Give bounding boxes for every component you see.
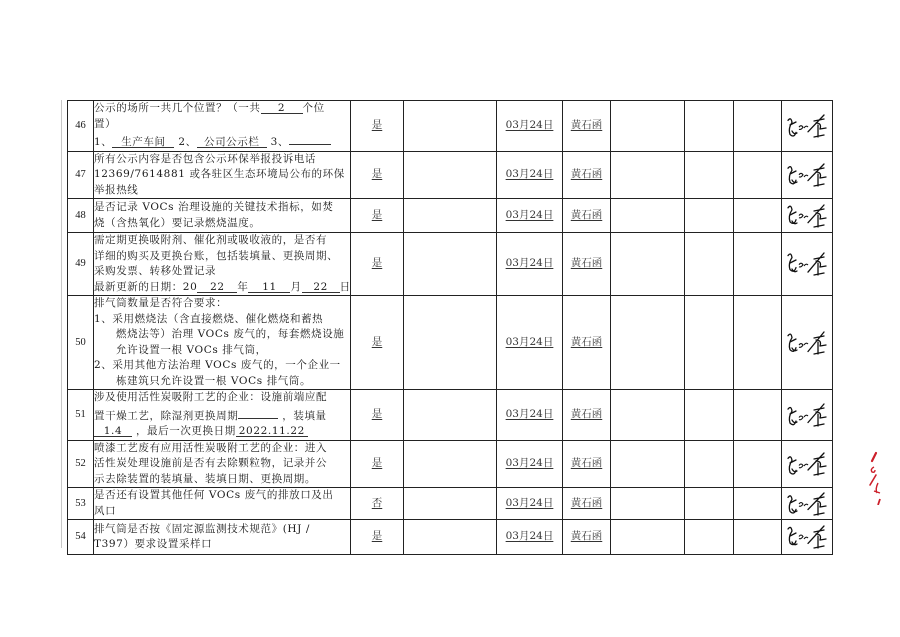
inspector-name: 黄石函: [571, 497, 603, 509]
description-text: 个位: [303, 102, 325, 114]
item-number: 48: [68, 199, 94, 233]
blank-column-1-cell: [611, 151, 685, 199]
check-result-cell: 是: [351, 440, 404, 488]
check-item-description: 所有公示内容是否包含公示环保举报投诉电话12369/7614881 或各驻区生态…: [94, 151, 351, 199]
check-date: 03月24日: [506, 336, 554, 348]
item-number: 47: [68, 151, 94, 199]
table-row: 52喷漆工艺废有应用活性炭吸附工艺的企业：进入活性炭处理设施前是否有去除颗粒物，…: [68, 440, 833, 488]
item-number: 49: [68, 233, 94, 296]
blank-column-3-cell: [734, 296, 782, 390]
remark-cell: [404, 488, 497, 520]
blank-column-2-cell: [685, 233, 734, 296]
blank-column-1-cell: [611, 296, 685, 390]
blank-column-3-cell: [734, 199, 782, 233]
description-line: 示去除装置的装填量、装填日期、更换周期。: [94, 472, 350, 488]
description-text: 详细的购买及更换台账，包括装填量、更换周期、: [94, 250, 338, 262]
check-item-description: 是否记录 VOCs 治理设施的关键技术指标，如焚烧（含热氧化）要记录燃烧温度。: [94, 199, 351, 233]
description-text: 燃烧法等）治理 VOCs 废气的，每套燃烧设施: [116, 328, 344, 340]
inspector-name-cell: 黄石函: [563, 296, 611, 390]
check-result[interactable]: 否: [372, 497, 383, 509]
check-date: 03月24日: [506, 209, 554, 221]
signature-cell: [782, 296, 833, 390]
description-line: 置）: [94, 117, 350, 133]
fill-in-blank[interactable]: [238, 406, 278, 419]
description-line: 1、采用燃烧法（含直接燃烧、催化燃烧和蓄热: [94, 312, 350, 328]
check-date-cell: 03月24日: [497, 151, 563, 199]
signature-cell: [782, 488, 833, 520]
description-text: 公示的场所一共几个位置？（一共: [94, 102, 261, 114]
description-line: 12369/7614881 或各驻区生态环境局公布的环保: [94, 167, 350, 183]
blank-column-2-cell: [685, 151, 734, 199]
fill-in-blank[interactable]: 生产车间: [112, 135, 174, 148]
description-line: 需定期更换吸附剂、催化剂或吸收液的，是否有: [94, 233, 350, 249]
description-line: 最新更新的日期：2022年11月22日: [94, 280, 350, 296]
check-date: 03月24日: [506, 497, 554, 509]
inspector-signature: [784, 201, 830, 231]
inspector-signature: [784, 328, 830, 358]
blank-column-3-cell: [734, 233, 782, 296]
inspector-name-cell: 黄石函: [563, 233, 611, 296]
item-number: 53: [68, 488, 94, 520]
description-text: 1、采用燃烧法（含直接燃烧、催化燃烧和蓄热: [94, 313, 323, 325]
blank-column-2-cell: [685, 440, 734, 488]
description-text: 需定期更换吸附剂、催化剂或吸收液的，是否有: [94, 234, 327, 246]
check-item-description: 排气筒是否按《固定源监测技术规范》(HJ /T397）要求设置采样口: [94, 520, 351, 555]
inspector-signature: [784, 489, 830, 519]
check-result-cell: 否: [351, 488, 404, 520]
inspector-name: 黄石函: [571, 530, 603, 542]
remark-cell: [404, 151, 497, 199]
item-number: 46: [68, 101, 94, 152]
check-date: 03月24日: [506, 457, 554, 469]
description-text: 栋建筑只允许设置一根 VOCs 排气筒。: [116, 375, 311, 387]
description-line: 排气筒数量是否符合要求：: [94, 296, 350, 312]
description-text: 烧（含热氧化）要记录燃烧温度。: [94, 217, 261, 229]
description-line: 1、生产车间 2、公司公示栏 3、: [94, 132, 350, 151]
blank-column-2-cell: [685, 520, 734, 555]
inspector-signature: [784, 111, 830, 141]
inspector-name: 黄石函: [571, 119, 603, 131]
description-line: 活性炭处理设施前是否有去除颗粒物，记录并公: [94, 456, 350, 472]
description-text: 日: [340, 281, 351, 293]
blank-column-1-cell: [611, 390, 685, 441]
inspector-signature: [784, 449, 830, 479]
description-text: 月: [290, 281, 301, 293]
description-line: 喷漆工艺废有应用活性炭吸附工艺的企业：进入: [94, 441, 350, 457]
fill-in-blank[interactable]: 22: [302, 280, 340, 293]
description-text: 是否还有设置其他任何 VOCs 废气的排放口及出: [94, 489, 334, 501]
signature-cell: [782, 151, 833, 199]
description-line: 烧（含热氧化）要记录燃烧温度。: [94, 216, 350, 232]
check-date: 03月24日: [506, 168, 554, 180]
item-number: 51: [68, 390, 94, 441]
description-line: 所有公示内容是否包含公示环保举报投诉电话: [94, 152, 350, 168]
signature-cell: [782, 199, 833, 233]
check-date: 03月24日: [506, 119, 554, 131]
check-result[interactable]: 是: [372, 119, 383, 131]
check-date-cell: 03月24日: [497, 199, 563, 233]
signature-cell: [782, 390, 833, 441]
table-row: 50排气筒数量是否符合要求：1、采用燃烧法（含直接燃烧、催化燃烧和蓄热燃烧法等）…: [68, 296, 833, 390]
check-date-cell: 03月24日: [497, 233, 563, 296]
description-line: 涉及使用活性炭吸附工艺的企业：设施前端应配: [94, 390, 350, 406]
binding-margin-line: [61, 100, 62, 548]
description-line: 举报热线: [94, 183, 350, 199]
description-text: 采购发票、转移处置记录: [94, 265, 216, 277]
inspector-signature: [784, 249, 830, 279]
inspector-signature: [784, 160, 830, 190]
description-text: 是否记录 VOCs 治理设施的关键技术指标，如焚: [94, 201, 334, 213]
inspector-name: 黄石函: [571, 408, 603, 420]
blank-column-1-cell: [611, 199, 685, 233]
description-text: 12369/7614881 或各驻区生态环境局公布的环保: [94, 168, 345, 180]
inspector-signature: [784, 400, 830, 430]
item-number: 52: [68, 440, 94, 488]
check-date: 03月24日: [506, 257, 554, 269]
check-item-description: 公示的场所一共几个位置？（一共2个位置）1、生产车间 2、公司公示栏 3、: [94, 101, 351, 152]
inspector-signature: [784, 522, 830, 552]
blank-column-1-cell: [611, 233, 685, 296]
item-number: 54: [68, 520, 94, 555]
check-date-cell: 03月24日: [497, 488, 563, 520]
description-text: ，最后一次更换日期: [132, 425, 236, 437]
check-result[interactable]: 是: [372, 408, 383, 420]
fill-in-blank[interactable]: 2: [261, 101, 303, 114]
blank-column-1-cell: [611, 101, 685, 152]
description-text: 活性炭处理设施前是否有去除颗粒物，记录并公: [94, 457, 327, 469]
check-result-cell: 是: [351, 199, 404, 233]
description-line: 是否记录 VOCs 治理设施的关键技术指标，如焚: [94, 200, 350, 216]
inspector-name-cell: 黄石函: [563, 520, 611, 555]
check-date: 03月24日: [506, 530, 554, 542]
description-text: 2、: [174, 136, 196, 148]
signature-cell: [782, 233, 833, 296]
description-text: ，装填量: [278, 410, 326, 422]
remark-cell: [404, 296, 497, 390]
inspection-checklist-table: 46公示的场所一共几个位置？（一共2个位置）1、生产车间 2、公司公示栏 3、是…: [67, 100, 833, 555]
check-result[interactable]: 是: [372, 530, 383, 542]
description-line: 2、采用其他方法治理 VOCs 废气的，一个企业一: [94, 358, 350, 374]
table-row: 46公示的场所一共几个位置？（一共2个位置）1、生产车间 2、公司公示栏 3、是…: [68, 101, 833, 152]
description-line: 采购发票、转移处置记录: [94, 264, 350, 280]
description-line: 公示的场所一共几个位置？（一共2个位: [94, 101, 350, 117]
blank-column-2-cell: [685, 199, 734, 233]
description-text: 3、: [267, 136, 289, 148]
inspector-name: 黄石函: [571, 168, 603, 180]
fill-in-blank[interactable]: 2022.11.22: [236, 424, 308, 437]
check-result-cell: 是: [351, 101, 404, 152]
description-text: 涉及使用活性炭吸附工艺的企业：设施前端应配: [94, 391, 327, 403]
inspector-name-cell: 黄石函: [563, 199, 611, 233]
description-text: 2、采用其他方法治理 VOCs 废气的，一个企业一: [94, 359, 341, 371]
remark-cell: [404, 199, 497, 233]
blank-column-3-cell: [734, 520, 782, 555]
description-text: 置干燥工艺，除湿剂更换周期: [94, 410, 238, 422]
remark-cell: [404, 233, 497, 296]
check-date-cell: 03月24日: [497, 296, 563, 390]
check-date-cell: 03月24日: [497, 390, 563, 441]
blank-column-3-cell: [734, 390, 782, 441]
inspector-name-cell: 黄石函: [563, 390, 611, 441]
description-text: 年: [237, 281, 248, 293]
description-text: 允许设置一根 VOCs 排气筒，: [116, 344, 267, 356]
check-result[interactable]: 是: [372, 168, 383, 180]
fill-in-blank[interactable]: 11: [248, 280, 290, 293]
signature-cell: [782, 520, 833, 555]
inspector-name: 黄石函: [571, 457, 603, 469]
description-text: 所有公示内容是否包含公示环保举报投诉电话: [94, 153, 316, 165]
remark-cell: [404, 390, 497, 441]
description-text: 最新更新的日期：20: [94, 281, 197, 293]
inspector-name-cell: 黄石函: [563, 440, 611, 488]
check-result-cell: 是: [351, 520, 404, 555]
description-line: 详细的购买及更换台账，包括装填量、更换周期、: [94, 249, 350, 265]
inspector-name: 黄石函: [571, 209, 603, 221]
check-result-cell: 是: [351, 151, 404, 199]
check-result[interactable]: 是: [372, 257, 383, 269]
table-row: 54排气筒是否按《固定源监测技术规范》(HJ /T397）要求设置采样口是03月…: [68, 520, 833, 555]
fill-in-blank[interactable]: 1.4: [94, 424, 132, 437]
check-result-cell: 是: [351, 233, 404, 296]
inspector-name: 黄石函: [571, 336, 603, 348]
description-text: 喷漆工艺废有应用活性炭吸附工艺的企业：进入: [94, 442, 327, 454]
description-text: 风口: [94, 505, 116, 517]
blank-column-1-cell: [611, 488, 685, 520]
check-item-description: 喷漆工艺废有应用活性炭吸附工艺的企业：进入活性炭处理设施前是否有去除颗粒物，记录…: [94, 440, 351, 488]
blank-column-2-cell: [685, 101, 734, 152]
check-date: 03月24日: [506, 408, 554, 420]
blank-column-2-cell: [685, 488, 734, 520]
blank-column-1-cell: [611, 520, 685, 555]
blank-column-2-cell: [685, 296, 734, 390]
inspector-name: 黄石函: [571, 257, 603, 269]
description-text: 举报热线: [94, 184, 138, 196]
table-row: 51涉及使用活性炭吸附工艺的企业：设施前端应配置干燥工艺，除湿剂更换周期 ，装填…: [68, 390, 833, 441]
description-text: 1、: [94, 136, 112, 148]
red-seal-stamp-fragment: [858, 445, 884, 505]
check-result[interactable]: 是: [372, 336, 383, 348]
description-line: 排气筒是否按《固定源监测技术规范》(HJ /: [94, 522, 350, 538]
signature-cell: [782, 101, 833, 152]
blank-column-3-cell: [734, 488, 782, 520]
inspector-name-cell: 黄石函: [563, 101, 611, 152]
blank-column-1-cell: [611, 440, 685, 488]
check-result[interactable]: 是: [372, 209, 383, 221]
description-line: 1.4 ，最后一次更换日期2022.11.22: [94, 424, 350, 440]
check-item-description: 涉及使用活性炭吸附工艺的企业：设施前端应配置干燥工艺，除湿剂更换周期 ，装填量1…: [94, 390, 351, 441]
blank-column-2-cell: [685, 390, 734, 441]
remark-cell: [404, 101, 497, 152]
description-line: 是否还有设置其他任何 VOCs 废气的排放口及出: [94, 488, 350, 504]
description-line: 风口: [94, 504, 350, 520]
item-number: 50: [68, 296, 94, 390]
description-line: 栋建筑只允许设置一根 VOCs 排气筒。: [94, 374, 350, 390]
check-date-cell: 03月24日: [497, 101, 563, 152]
blank-column-3-cell: [734, 440, 782, 488]
blank-column-3-cell: [734, 101, 782, 152]
description-text: 排气筒是否按《固定源监测技术规范》(HJ /: [94, 523, 310, 535]
fill-in-blank[interactable]: 公司公示栏: [197, 135, 267, 148]
description-line: 允许设置一根 VOCs 排气筒，: [94, 343, 350, 359]
inspector-name-cell: 黄石函: [563, 151, 611, 199]
blank-column-3-cell: [734, 151, 782, 199]
check-item-description: 是否还有设置其他任何 VOCs 废气的排放口及出风口: [94, 488, 351, 520]
check-date-cell: 03月24日: [497, 520, 563, 555]
check-result-cell: 是: [351, 296, 404, 390]
inspector-name-cell: 黄石函: [563, 488, 611, 520]
description-line: 置干燥工艺，除湿剂更换周期 ，装填量: [94, 406, 350, 425]
remark-cell: [404, 440, 497, 488]
fill-in-blank[interactable]: 22: [197, 280, 237, 293]
signature-cell: [782, 440, 833, 488]
description-text: T397）要求设置采样口: [94, 538, 212, 550]
table-row: 48是否记录 VOCs 治理设施的关键技术指标，如焚烧（含热氧化）要记录燃烧温度…: [68, 199, 833, 233]
check-result-cell: 是: [351, 390, 404, 441]
description-line: T397）要求设置采样口: [94, 537, 350, 553]
remark-cell: [404, 520, 497, 555]
check-item-description: 排气筒数量是否符合要求：1、采用燃烧法（含直接燃烧、催化燃烧和蓄热燃烧法等）治理…: [94, 296, 351, 390]
description-line: 燃烧法等）治理 VOCs 废气的，每套燃烧设施: [94, 327, 350, 343]
fill-in-blank[interactable]: [289, 132, 331, 145]
check-result[interactable]: 是: [372, 457, 383, 469]
table-row: 49需定期更换吸附剂、催化剂或吸收液的，是否有详细的购买及更换台账，包括装填量、…: [68, 233, 833, 296]
table-row: 53是否还有设置其他任何 VOCs 废气的排放口及出风口否03月24日黄石函: [68, 488, 833, 520]
check-item-description: 需定期更换吸附剂、催化剂或吸收液的，是否有详细的购买及更换台账，包括装填量、更换…: [94, 233, 351, 296]
description-text: 置）: [94, 118, 116, 130]
table-row: 47所有公示内容是否包含公示环保举报投诉电话12369/7614881 或各驻区…: [68, 151, 833, 199]
description-text: 示去除装置的装填量、装填日期、更换周期。: [94, 473, 316, 485]
check-date-cell: 03月24日: [497, 440, 563, 488]
description-text: 排气筒数量是否符合要求：: [94, 297, 227, 309]
